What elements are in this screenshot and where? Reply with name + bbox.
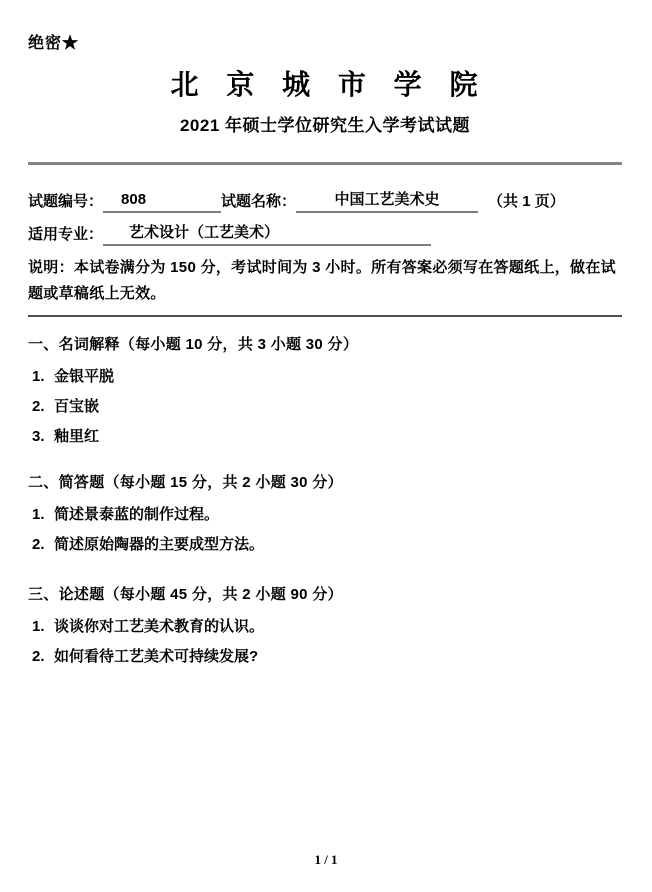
body-divider	[28, 315, 622, 317]
question-number: 3.	[32, 428, 54, 445]
section-term-explanation: 一、名词解释（每小题 10 分，共 3 小题 30 分） 1.金银平脱 2.百宝…	[28, 333, 622, 445]
question-number: 1.	[32, 618, 54, 635]
section-heading: 二、简答题（每小题 15 分，共 2 小题 30 分）	[28, 471, 622, 492]
question-item: 2.如何看待工艺美术可持续发展?	[28, 648, 622, 665]
exam-subtitle: 2021 年硕士学位研究生入学考试试题	[28, 111, 622, 136]
question-item: 1.简述景泰蓝的制作过程。	[28, 506, 622, 523]
question-item: 2.百宝嵌	[28, 398, 622, 415]
question-number: 2.	[32, 536, 54, 553]
paper-no-label: 试题编号：	[28, 191, 103, 213]
question-text: 如何看待工艺美术可持续发展?	[54, 648, 258, 665]
paper-no-field: 808	[103, 189, 221, 213]
question-text: 简述原始陶器的主要成型方法。	[54, 536, 264, 553]
question-number: 2.	[32, 398, 54, 415]
page-number: 1 / 1	[0, 852, 652, 868]
question-text: 金银平脱	[54, 368, 114, 385]
paper-name-label: 试题名称：	[221, 191, 296, 213]
major-field: 艺术设计（工艺美术）	[103, 222, 431, 246]
exam-meta: 试题编号： 808 试题名称： 中国工艺美术史 （共 1 页） 适用专业： 艺术…	[28, 189, 622, 246]
question-number: 1.	[32, 506, 54, 523]
question-text: 简述景泰蓝的制作过程。	[54, 506, 219, 523]
university-title: 北 京 城 市 学 院	[28, 63, 622, 103]
section-short-answer: 二、简答题（每小题 15 分，共 2 小题 30 分） 1.简述景泰蓝的制作过程…	[28, 471, 622, 553]
secrecy-label: 绝密★	[28, 30, 622, 53]
meta-row-paper: 试题编号： 808 试题名称： 中国工艺美术史 （共 1 页）	[28, 189, 622, 213]
header-divider	[28, 162, 622, 165]
exam-paper-page: 绝密★ 北 京 城 市 学 院 2021 年硕士学位研究生入学考试试题 试题编号…	[0, 0, 652, 892]
exam-instructions: 说明：本试卷满分为 150 分，考试时间为 3 小时。所有答案必须写在答题纸上，…	[28, 255, 622, 307]
question-item: 1.谈谈你对工艺美术教育的认识。	[28, 618, 622, 635]
paper-name-field: 中国工艺美术史	[296, 189, 478, 213]
section-heading: 三、论述题（每小题 45 分，共 2 小题 90 分）	[28, 583, 622, 604]
question-text: 百宝嵌	[54, 398, 99, 415]
question-item: 2.简述原始陶器的主要成型方法。	[28, 536, 622, 553]
section-essay: 三、论述题（每小题 45 分，共 2 小题 90 分） 1.谈谈你对工艺美术教育…	[28, 583, 622, 665]
question-item: 3.釉里红	[28, 428, 622, 445]
question-item: 1.金银平脱	[28, 368, 622, 385]
section-heading: 一、名词解释（每小题 10 分，共 3 小题 30 分）	[28, 333, 622, 354]
question-number: 1.	[32, 368, 54, 385]
pages-note: （共 1 页）	[488, 191, 565, 213]
question-text: 釉里红	[54, 428, 99, 445]
question-text: 谈谈你对工艺美术教育的认识。	[54, 618, 264, 635]
major-label: 适用专业：	[28, 224, 103, 246]
meta-row-major: 适用专业： 艺术设计（工艺美术）	[28, 222, 622, 246]
question-number: 2.	[32, 648, 54, 665]
